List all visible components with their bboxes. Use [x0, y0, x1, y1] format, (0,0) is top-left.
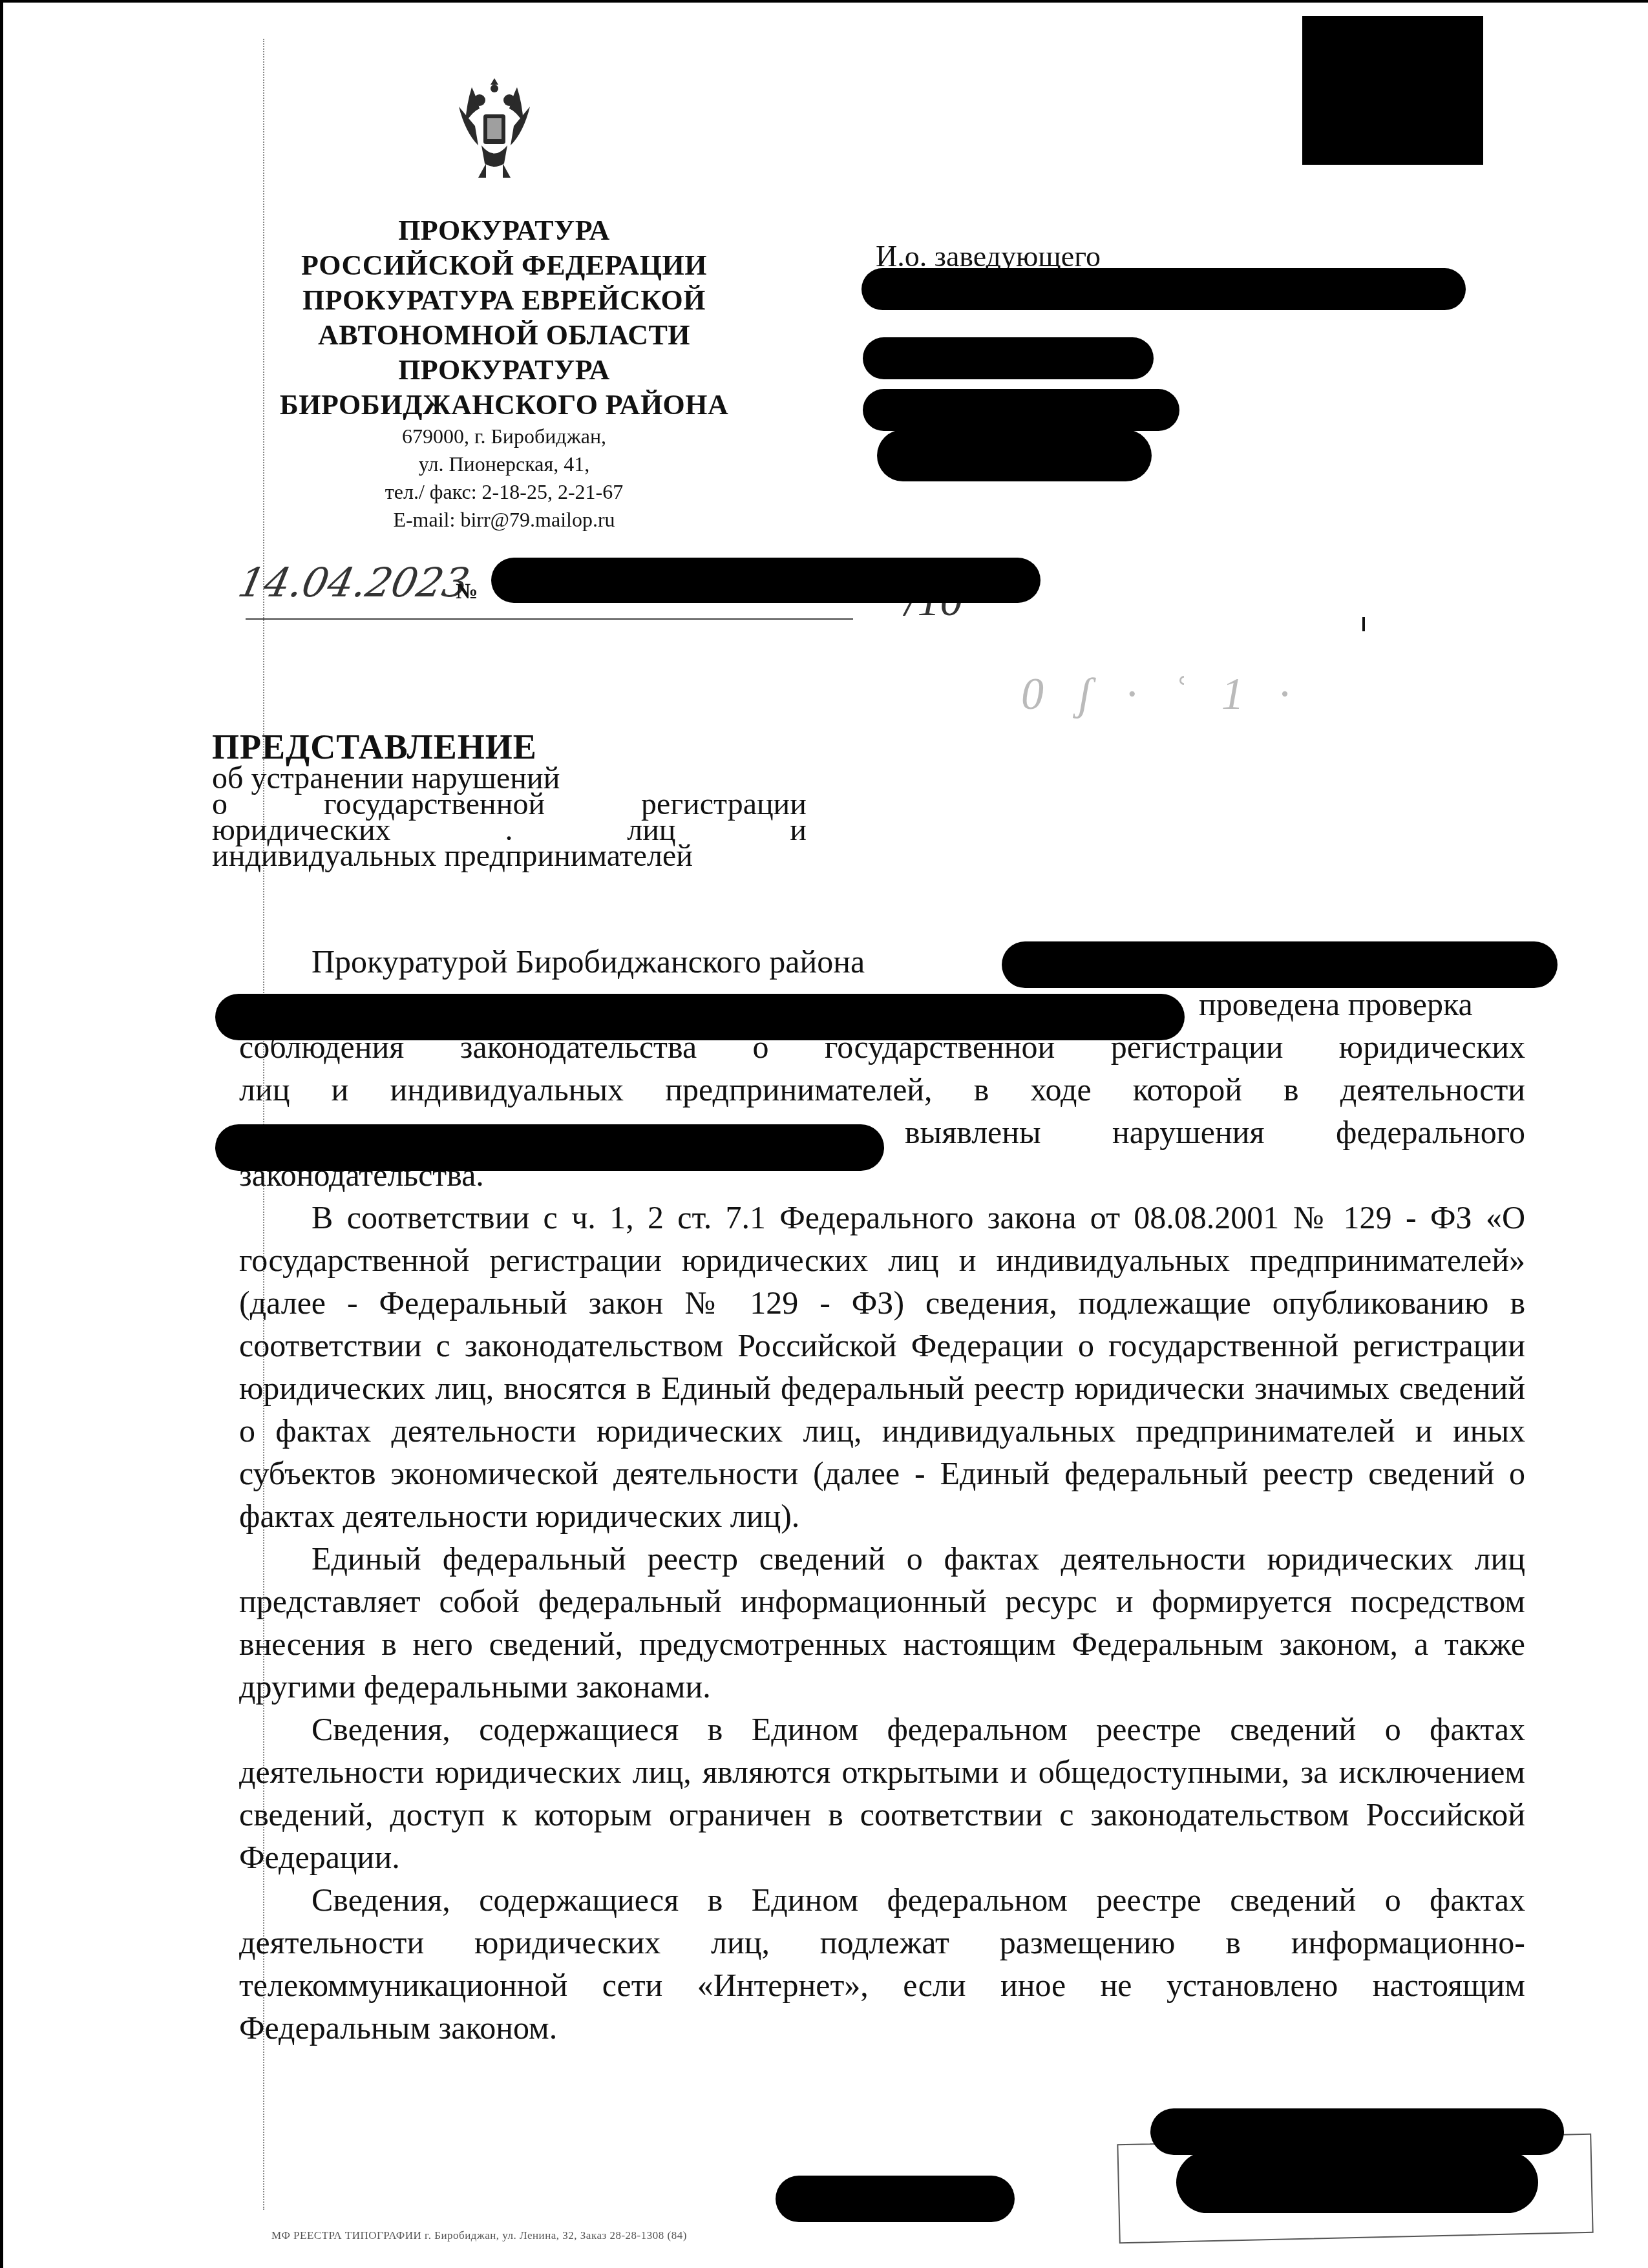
- address-line: 679000, г. Биробиджан,: [259, 423, 750, 450]
- paragraph-2: В соответствии с ч. 1, 2 ст. 7.1 Федерал…: [239, 1196, 1525, 1537]
- handwritten-date: 14.04.2023: [234, 559, 474, 606]
- body-line: лиц и индивидуальных предпринимателей, в…: [239, 1068, 1525, 1111]
- redaction-signature-top: [1150, 2108, 1564, 2155]
- redaction-prosecutor-name: [1002, 941, 1558, 988]
- org-line: АВТОНОМНОЙ ОБЛАСТИ: [259, 318, 750, 353]
- org-line: БИРОБИДЖАНСКОГО РАЙОНА: [259, 388, 750, 423]
- paragraph-3: Единый федеральный реестр сведений о фак…: [239, 1537, 1525, 1708]
- printer-footer: МФ РЕЕСТРА ТИПОГРАФИИ г. Биробиджан, ул.…: [271, 2229, 687, 2242]
- email-line: E-mail: birr@79.mailop.ru: [259, 506, 750, 534]
- paragraph-5: Сведения, содержащиеся в Едином федераль…: [239, 1878, 1525, 2049]
- redaction-executor: [776, 2176, 1015, 2222]
- organization-header: ПРОКУРАТУРА РОССИЙСКОЙ ФЕДЕРАЦИИ ПРОКУРА…: [259, 213, 750, 534]
- faint-stamp-mark: 0 ʃ · ʿ 1 ·: [1021, 669, 1302, 720]
- stray-mark: [1362, 617, 1365, 631]
- paragraph-4: Сведения, содержащиеся в Едином федераль…: [239, 1708, 1525, 1878]
- org-line: ПРОКУРАТУРА: [259, 353, 750, 388]
- redaction-organization-name: [215, 1124, 884, 1171]
- redaction-recipient-line-3: [863, 389, 1179, 431]
- number-label: №: [456, 580, 478, 604]
- document-subtitle: об устранении нарушений о государственно…: [212, 766, 807, 869]
- number-underline: [246, 618, 853, 620]
- org-line: ПРОКУРАТУРА: [259, 213, 750, 248]
- org-line: ПРОКУРАТУРА ЕВРЕЙСКОЙ: [259, 283, 750, 318]
- redaction-recipient-line-2: [863, 337, 1154, 379]
- scan-edge-left: [0, 0, 3, 2268]
- redaction-inspection-subject: [215, 994, 1185, 1040]
- subtitle-line: индивидуальных предпринимателей: [212, 843, 807, 869]
- coat-of-arms-icon: [446, 74, 543, 181]
- document-body: Прокуратурой Биробиджанского района пров…: [239, 940, 1525, 2049]
- redaction-registration-stamp: [1302, 16, 1483, 165]
- address-line: тел./ факс: 2-18-25, 2-21-67: [259, 478, 750, 506]
- address-line: ул. Пионерская, 41,: [259, 450, 750, 478]
- scan-edge-top: [0, 0, 1648, 3]
- redaction-recipient-line-4: [877, 430, 1152, 481]
- org-line: РОССИЙСКОЙ ФЕДЕРАЦИИ: [259, 248, 750, 283]
- redaction-recipient-line-1: [861, 268, 1466, 310]
- redaction-signature-bottom: [1176, 2152, 1538, 2213]
- redaction-outgoing-number: [491, 558, 1041, 603]
